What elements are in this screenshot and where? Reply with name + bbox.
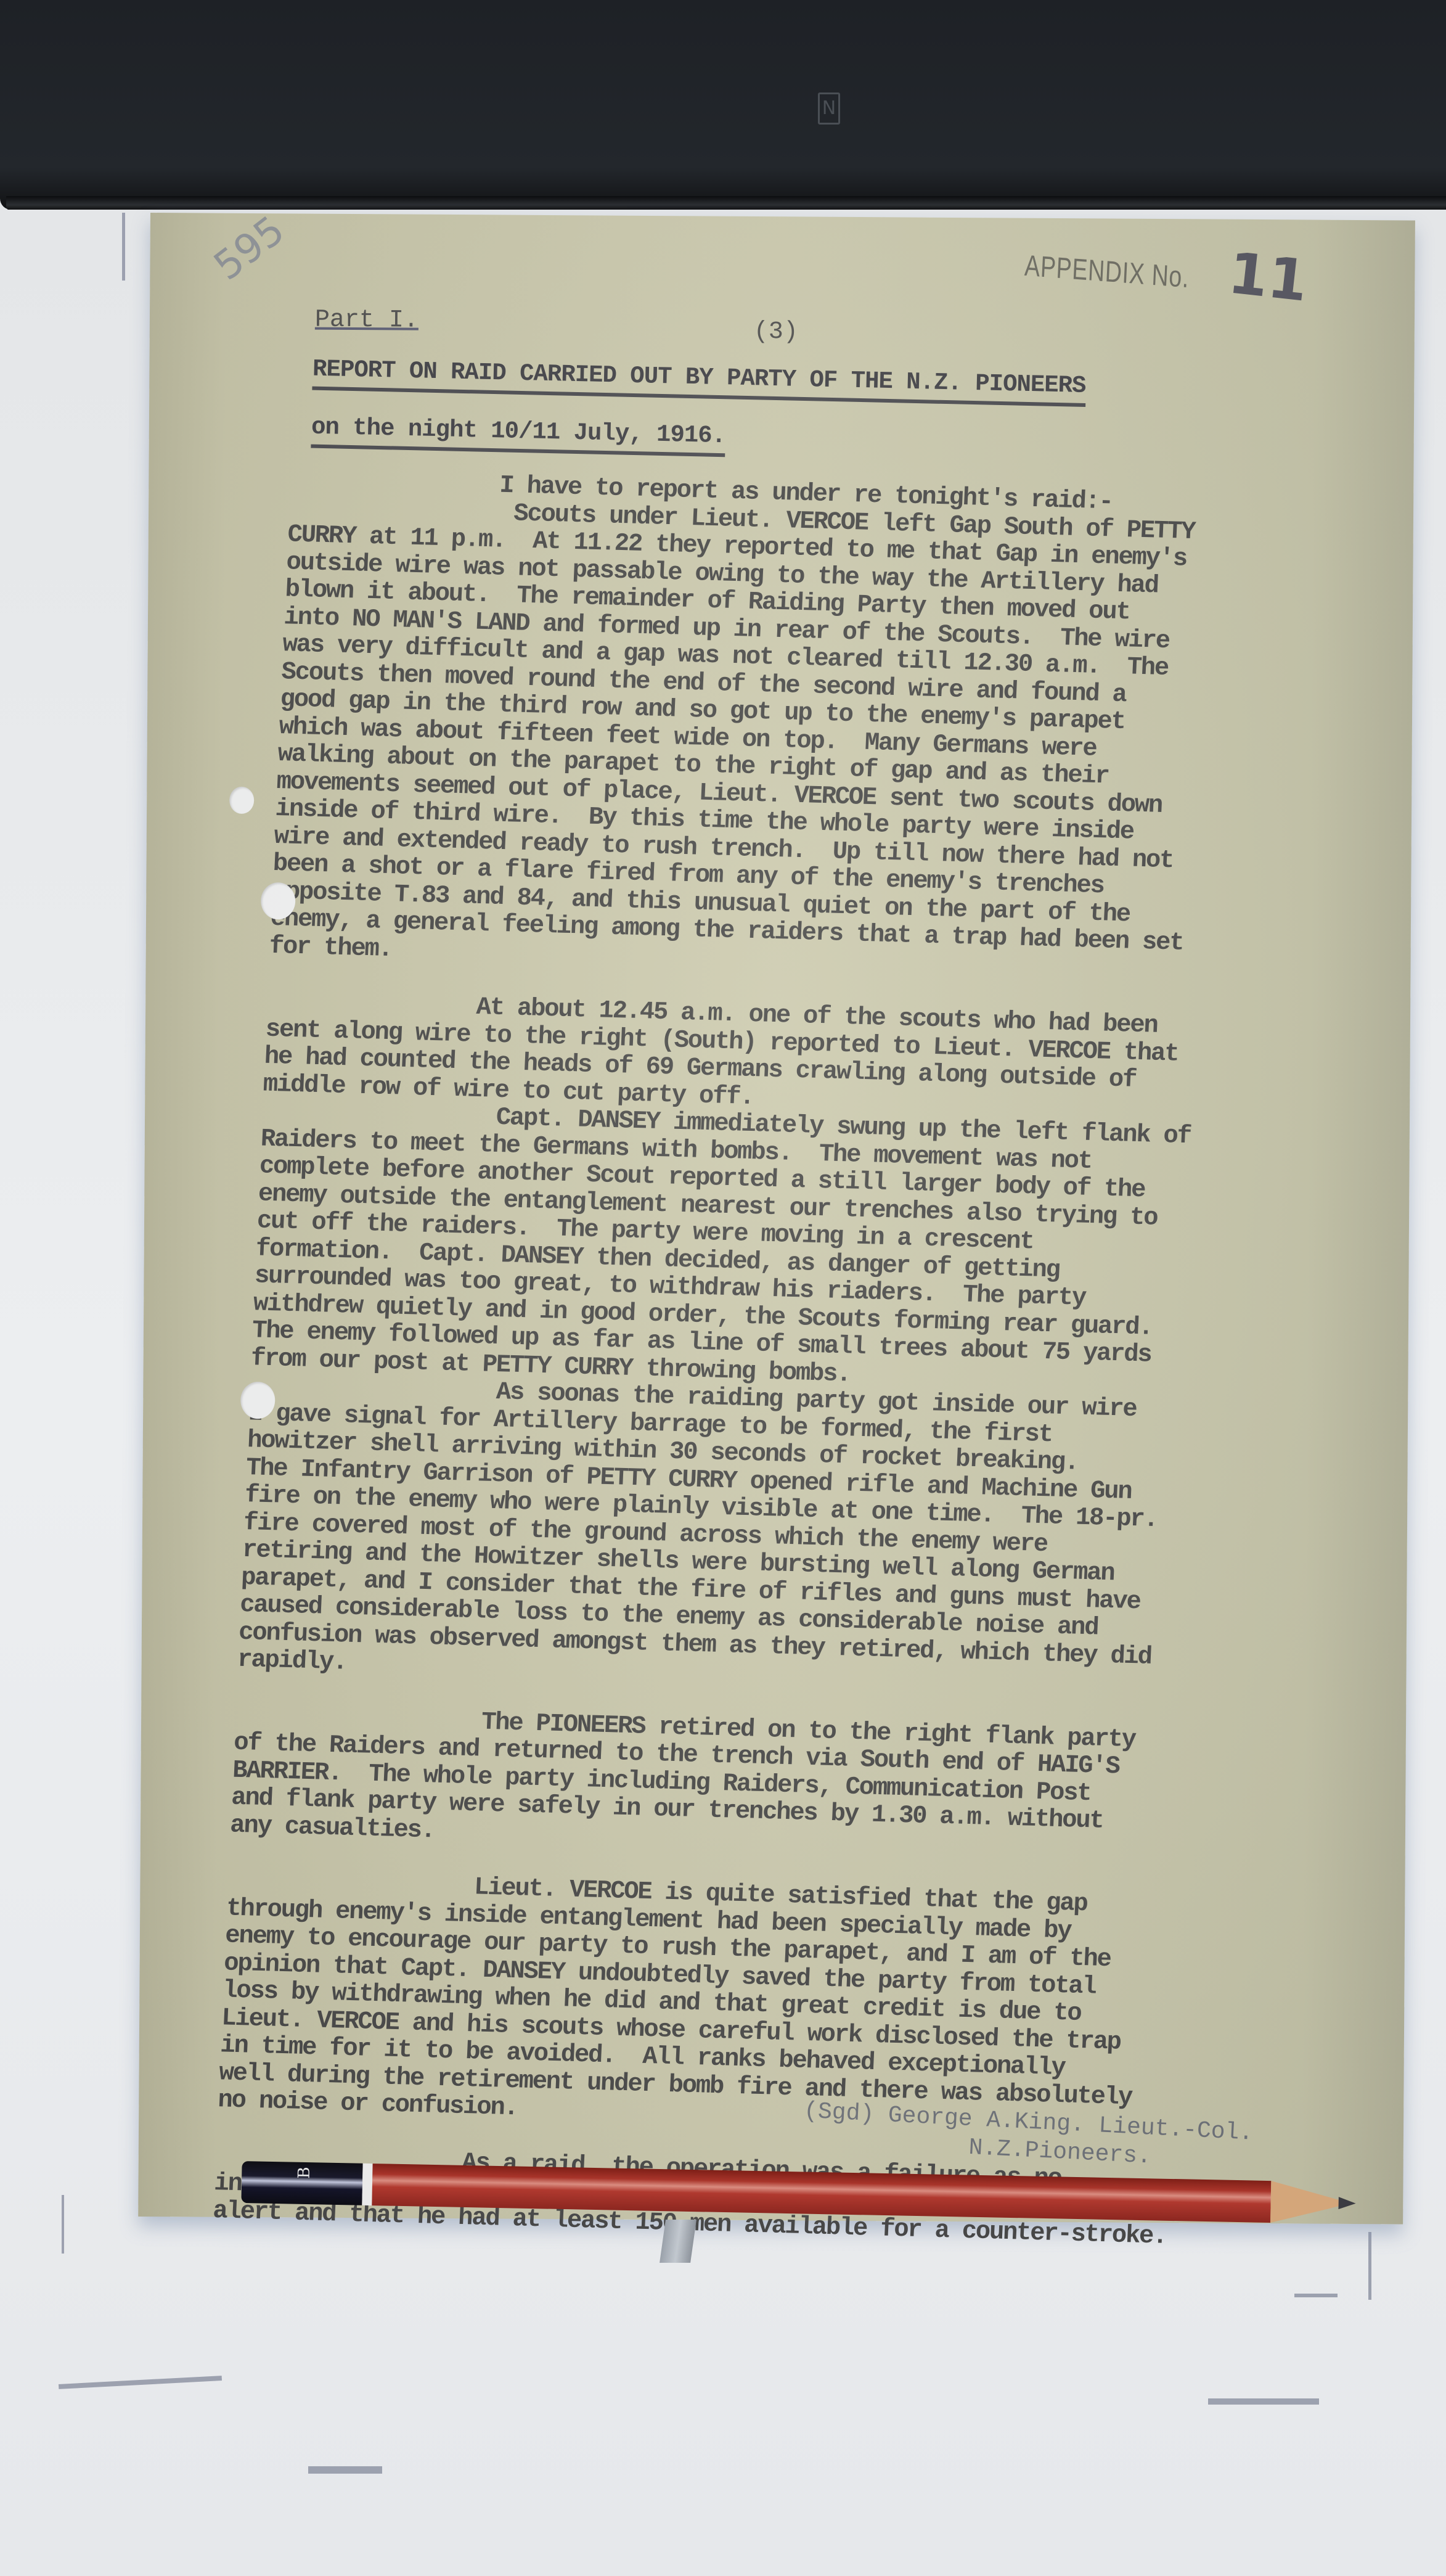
paragraph-artillery: As soonas the raiding party got inside o… [237, 1372, 1353, 1704]
punch-hole [261, 882, 295, 919]
pencil-band [362, 2164, 372, 2205]
metal-clip [660, 2220, 696, 2263]
registration-mark [1208, 2398, 1319, 2405]
nfc-logo-icon: N [818, 92, 840, 125]
page-number: (3) [754, 318, 798, 346]
tablet-device: N [0, 0, 1446, 210]
registration-mark [308, 2466, 382, 2474]
pencil-end-cap: B [241, 2161, 362, 2205]
appendix-label: APPENDIX No. [1024, 249, 1190, 295]
punch-hole [240, 1382, 275, 1419]
report-body: I have to report as under re tonight's r… [212, 466, 1393, 2254]
title-line-2: on the night 10/11 July, 1916. [311, 414, 725, 457]
punch-hole [229, 787, 254, 814]
report-title: REPORT ON RAID CARRIED OUT BY PARTY OF T… [311, 356, 1086, 465]
folio-number: 595 [206, 207, 293, 289]
title-line-1: REPORT ON RAID CARRIED OUT BY PARTY OF T… [312, 356, 1086, 407]
paragraph-pioneers-retired: The PIONEERS retired on to the right fla… [229, 1702, 1338, 1869]
registration-mark [1368, 2232, 1371, 2300]
tablet-edge [6, 196, 1446, 211]
pencil-grade-label: B [295, 2167, 314, 2179]
pencil-lead [1338, 2197, 1355, 2210]
appendix-number: 11 [1225, 240, 1311, 314]
part-label: Part I. [315, 306, 419, 335]
paragraph-scouts: Scouts under Lieut. VERCOE left Gap Sout… [269, 494, 1392, 990]
paragraph-dansey: Capt. DANSEY immediately swung up the le… [250, 1098, 1365, 1402]
registration-mark [1294, 2294, 1338, 2297]
paragraph-vercoe-assessment: Lieut. VERCOE is quite satisfied that th… [217, 1867, 1331, 2144]
registration-mark [122, 213, 125, 281]
registration-mark [62, 2195, 64, 2254]
document-page: 595 APPENDIX No. 11 Part I. (3) REPORT O… [138, 213, 1415, 2224]
